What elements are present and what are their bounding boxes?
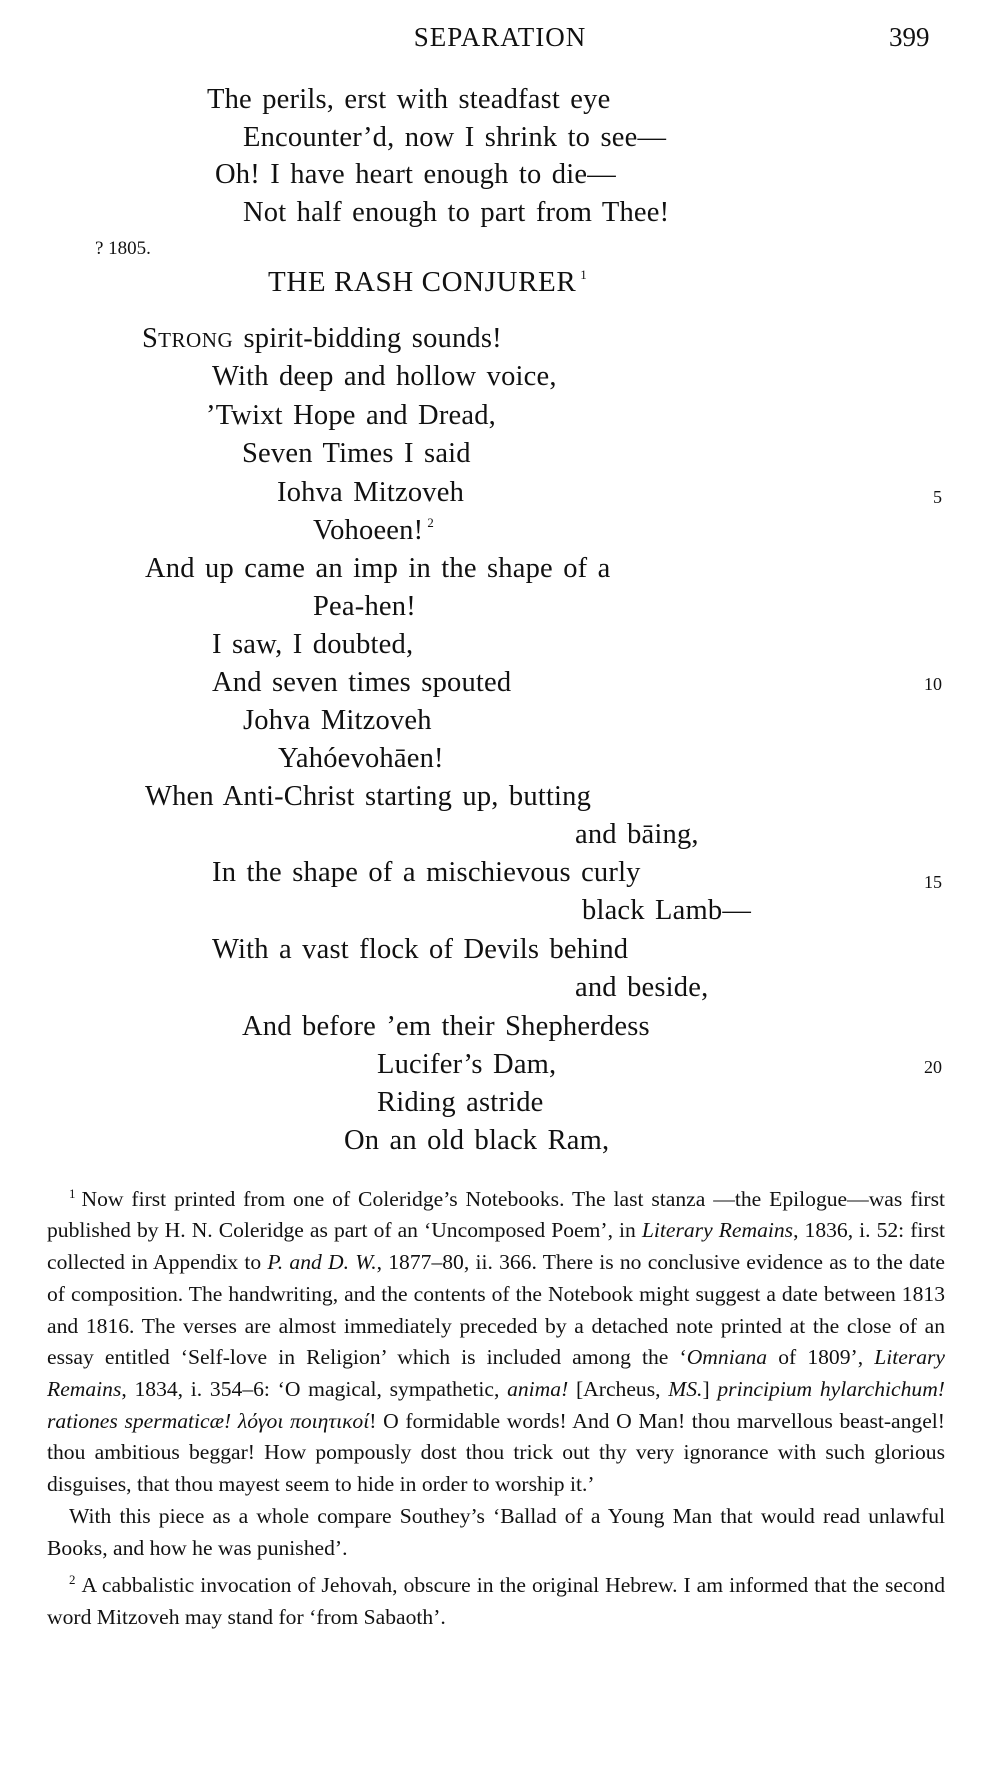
poem-line-10: And seven times spouted [212,669,511,698]
poem-line-9: I saw, I doubted, [212,631,413,660]
poem-line-6: Vohoeen!2 [313,517,434,546]
small-caps-initial: S [142,323,158,354]
footnote-ref-2[interactable]: 2 [427,516,434,530]
line-number: 10 [902,674,942,695]
footnote-1: 1Now first printed from one of Coleridge… [47,1178,945,1501]
footnote-ref-1[interactable]: 1 [580,267,587,282]
footnote-2: 2A cabbalistic invocation of Jehovah, ob… [47,1564,945,1633]
poem-line-18: Riding astride [377,1089,544,1118]
poem-title: THE RASH CONJURER1 [268,266,587,299]
poem-line-3: ’Twixt Hope and Dread, [206,402,496,431]
footnote-marker: 1 [69,1186,75,1201]
poem-line-16: And before ’em their Shepherdess [242,1013,650,1042]
line-number: 20 [902,1057,942,1078]
footnotes: 1Now first printed from one of Coleridge… [47,1178,945,1633]
footnote-1-continued: With this piece as a whole compare South… [47,1501,945,1564]
poem-title-text: THE RASH CONJURER [268,266,576,298]
previous-poem-line: Not half enough to part from Thee! [243,199,669,228]
line-number: 5 [902,487,942,508]
poem-line-13-cont: and bāing, [575,821,699,850]
poem-line-8: Pea-hen! [313,593,416,622]
poem-line-2: With deep and hollow voice, [212,363,557,392]
poem-line-4: Seven Times I said [242,440,471,469]
page-number: 399 [889,22,930,53]
poem-line-15-cont: and beside, [575,974,708,1003]
previous-poem-line: Encounter’d, now I shrink to see— [243,124,666,153]
previous-poem-line: Oh! I have heart enough to die— [215,161,616,190]
poem-line-19: On an old black Ram, [344,1127,609,1156]
poem-line-7: And up came an imp in the shape of a [145,555,611,584]
poem-line-text: spirit-bidding sounds! [233,323,502,354]
poem-date: ? 1805. [95,238,151,260]
footnote-marker: 2 [69,1572,75,1587]
poem-line-12: Yahóevohāen! [278,745,444,774]
poem-line-11: Johva Mitzoveh [243,707,432,736]
poem-line-14: In the shape of a mischievous curly [212,859,641,888]
poem-line-17: Lucifer’s Dam, [377,1051,556,1080]
poem-line-13: When Anti-Christ starting up, butting [145,783,591,812]
poem-line-14-cont: black Lamb— [582,897,751,926]
poem-line-15: With a vast flock of Devils behind [212,936,628,965]
line-number: 15 [902,872,942,893]
poem-line-5: Iohva Mitzoveh [277,479,464,508]
poem-line-text: Vohoeen! [313,515,423,546]
running-title: SEPARATION [0,22,1000,53]
previous-poem-line: The perils, erst with steadfast eye [207,86,610,115]
poem-line-1: STRONG spirit-bidding sounds! [142,325,502,354]
small-caps-rest: TRONG [158,328,233,352]
